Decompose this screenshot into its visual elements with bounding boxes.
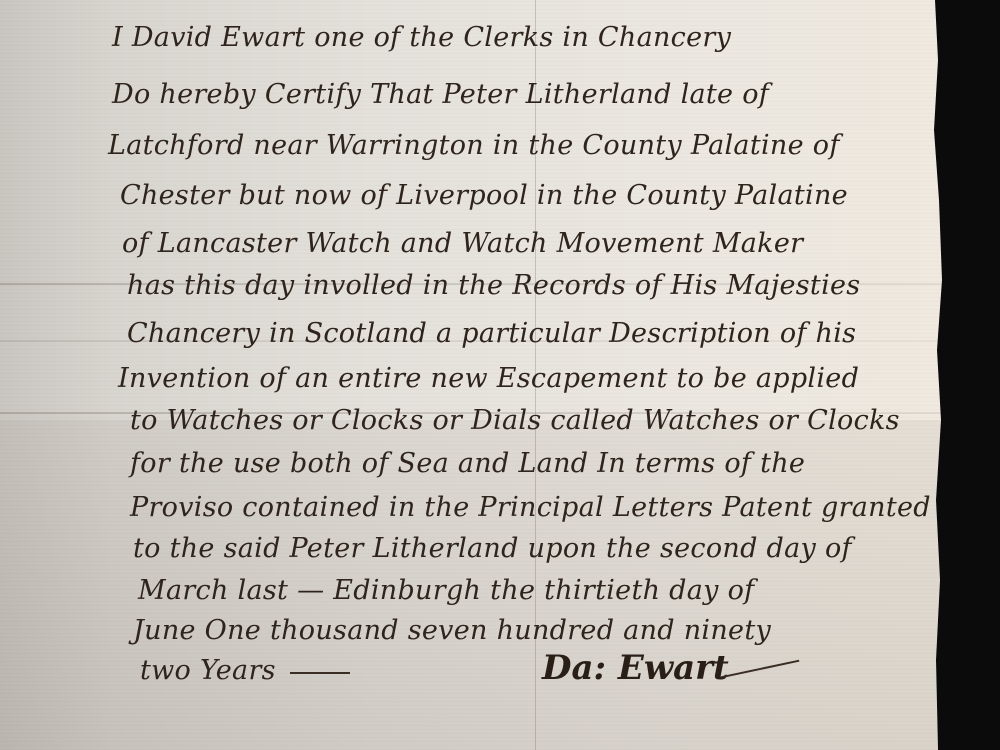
signature: Da: Ewart [542, 648, 729, 688]
text-line-15: two Years [140, 655, 276, 686]
text-line-5: of Lancaster Watch and Watch Movement Ma… [122, 228, 803, 259]
text-line-7: Chancery in Scotland a particular Descri… [127, 318, 856, 349]
text-line-13: March last — Edinburgh the thirtieth day… [138, 575, 754, 606]
text-line-6: has this day involled in the Records of … [127, 270, 860, 301]
text-line-14: June One thousand seven hundred and nine… [133, 615, 771, 646]
text-line-11: Proviso contained in the Principal Lette… [130, 492, 931, 523]
text-line-2: Do hereby Certify That Peter Litherland … [112, 79, 769, 110]
text-line-10: for the use both of Sea and Land In term… [130, 448, 805, 479]
closing-dash [290, 672, 350, 674]
manuscript-page: I David Ewart one of the Clerks in Chanc… [0, 0, 942, 750]
text-line-9: to Watches or Clocks or Dials called Wat… [130, 405, 900, 436]
text-line-4: Chester but now of Liverpool in the Coun… [120, 180, 848, 211]
text-line-12: to the said Peter Litherland upon the se… [133, 533, 852, 564]
text-line-3: Latchford near Warrington in the County … [108, 130, 840, 161]
text-line-1: I David Ewart one of the Clerks in Chanc… [112, 22, 731, 53]
text-line-8: Invention of an entire new Escapement to… [118, 363, 859, 394]
